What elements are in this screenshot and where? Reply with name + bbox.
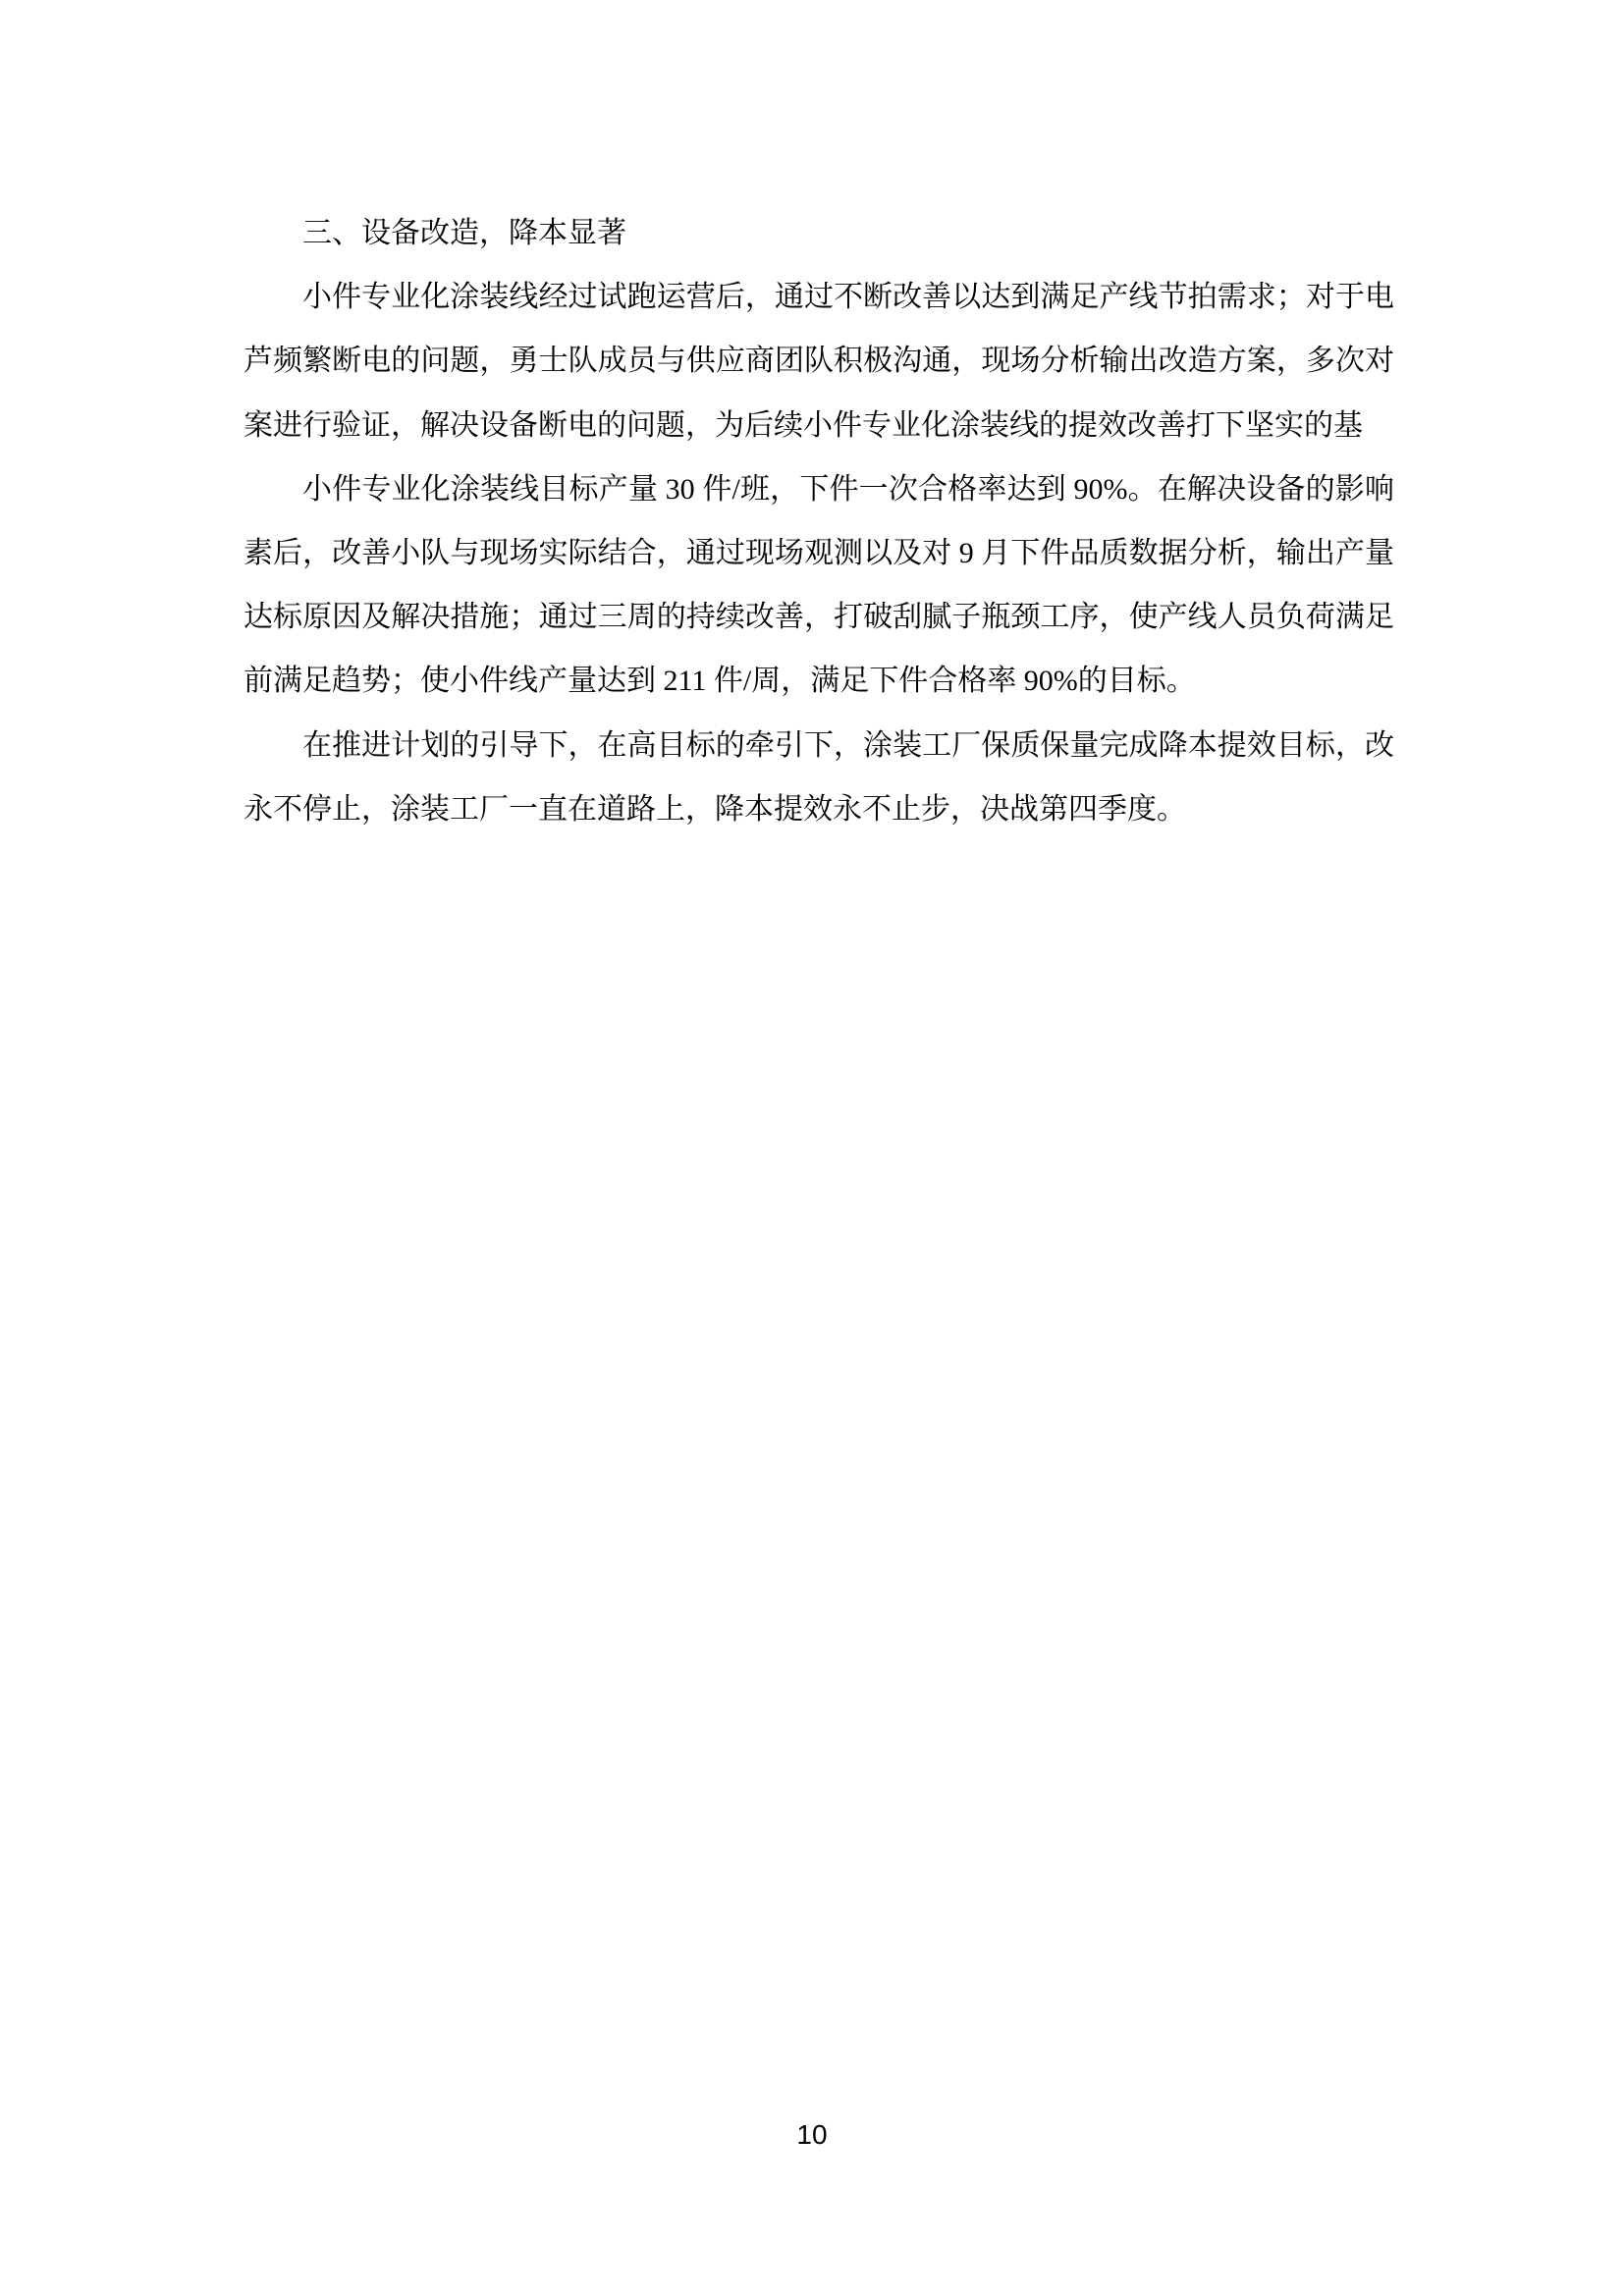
document-body: 三、设备改造，降本显著 小件专业化涂装线经过试跑运营后，通过不断改善以达到满足产… — [244, 201, 1394, 841]
section-heading: 三、设备改造，降本显著 — [244, 201, 1394, 265]
paragraph-2-line-1: 小件专业化涂装线目标产量 30 件/班，下件一次合格率达到 90%。在解决设备的… — [244, 457, 1394, 521]
paragraph-1-line-2: 芦频繁断电的问题，勇士队成员与供应商团队积极沟通，现场分析输出改造方案，多次对方 — [244, 329, 1394, 393]
page-number: 10 — [0, 2110, 1624, 2160]
paragraph-3-line-2: 永不停止，涂装工厂一直在道路上，降本提效永不止步，决战第四季度。 — [244, 777, 1394, 841]
document-page: 三、设备改造，降本显著 小件专业化涂装线经过试跑运营后，通过不断改善以达到满足产… — [0, 0, 1624, 2296]
paragraph-1-line-1: 小件专业化涂装线经过试跑运营后，通过不断改善以达到满足产线节拍需求；对于电葫 — [244, 265, 1394, 329]
paragraph-3-line-1: 在推进计划的引导下，在高目标的牵引下，涂装工厂保质保量完成降本提效目标，改善 — [244, 714, 1394, 777]
paragraph-2-line-4: 前满足趋势；使小件线产量达到 211 件/周，满足下件合格率 90%的目标。 — [244, 649, 1394, 713]
paragraph-2-line-2: 素后，改善小队与现场实际结合，通过现场观测以及对 9 月下件品质数据分析，输出产… — [244, 521, 1394, 585]
paragraph-1-line-3: 案进行验证，解决设备断电的问题，为后续小件专业化涂装线的提效改善打下坚实的基础。 — [244, 394, 1394, 457]
paragraph-2-line-3: 达标原因及解决措施；通过三周的持续改善，打破刮腻子瓶颈工序，使产线人员负荷满足向 — [244, 585, 1394, 649]
